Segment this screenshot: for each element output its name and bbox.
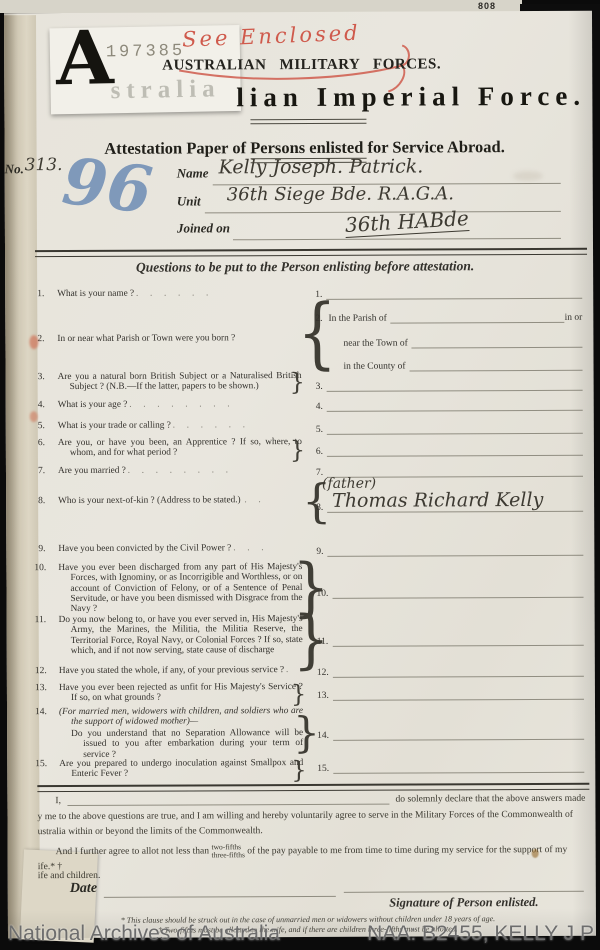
underlying-page-edge — [4, 15, 40, 938]
date-field-line — [104, 884, 336, 898]
allotment-fraction: two-fifthsthree-fifths — [211, 843, 244, 859]
blue-pencil-number: 96 — [59, 144, 156, 229]
question-text: Have you been convicted by the Civil Pow… — [58, 543, 308, 554]
corner-page-number: 808 — [478, 1, 496, 11]
questions-section-title: Questions to be put to the Person enlist… — [65, 258, 545, 276]
question-text: Have you ever been rejected as unfit for… — [59, 682, 303, 704]
right-brace: } — [291, 758, 306, 782]
question-number: 14. — [35, 707, 47, 717]
imperial-force-title: lian Imperial Force. — [236, 81, 586, 114]
question-text: Have you ever been discharged from any p… — [58, 562, 302, 615]
joined-on-label: Joined on — [177, 220, 230, 236]
next-of-kin-value-handwriting: Thomas Richard Kelly — [332, 489, 543, 512]
attestation-paper: A 197385 stralia See Enclosed AUSTRALIAN… — [4, 11, 596, 939]
answer-line: 10. — [316, 585, 583, 599]
date-label: Date — [70, 881, 97, 897]
naa-watermark-left: National Archives of Australia — [8, 922, 280, 946]
question-text: In or near what Parish or Town were you … — [57, 333, 307, 344]
question-number: 2. — [37, 334, 44, 344]
answer-line: 15. — [317, 760, 584, 774]
answer-line: 3. — [316, 378, 583, 392]
question-text: What is your name ? . . . . . . — [57, 288, 307, 299]
question-number: 6. — [38, 438, 45, 448]
question-number: 7. — [38, 466, 45, 476]
question-number: 13. — [35, 683, 47, 693]
answer-line: near the Town of — [343, 335, 582, 349]
question-number: 8. — [38, 496, 45, 506]
answer-line: 6. — [316, 443, 583, 457]
question-number: 15. — [35, 759, 47, 769]
question-text: Who is your next-of-kin ? (Address to be… — [58, 495, 308, 506]
question-number: 1. — [37, 289, 44, 299]
question-number: 3. — [38, 372, 45, 382]
name-label: Name — [177, 165, 209, 181]
question-text: Are you prepared to undergo inoculation … — [59, 758, 303, 780]
declarant-name-blank — [67, 793, 390, 806]
answer-line: 9. — [316, 543, 583, 557]
left-brace: { — [297, 294, 337, 372]
declaration-line2: y me to the above questions are true, an… — [37, 809, 585, 822]
signature-line — [344, 879, 584, 893]
naa-watermark-right: NAA: B2455, KELLY J P — [367, 922, 594, 946]
wife-children-clause-cut: ife and children. — [38, 870, 101, 881]
question-text: Do you understand that no Separation All… — [71, 728, 303, 760]
declaration-line1: I, do solemnly declare that the above an… — [39, 792, 585, 806]
question-number: 4. — [38, 400, 45, 410]
unit-label: Unit — [177, 193, 201, 209]
question-text: Are you married ? . . . . . . . . — [58, 465, 308, 476]
answer-line: 13. — [317, 687, 584, 701]
right-brace: } — [291, 682, 306, 706]
section-divider — [37, 783, 589, 792]
signature-caption: Signature of Person enlisted. — [344, 895, 584, 911]
question-intro-italic: (For married men, widowers with children… — [59, 706, 303, 728]
answer-line: 12. — [317, 664, 584, 678]
right-brace: } — [290, 438, 305, 462]
forces-title: AUSTRALIAN MILITARY FORCES. — [162, 56, 441, 74]
question-number: 5. — [38, 421, 45, 431]
question-number: 11. — [35, 615, 47, 625]
question-text: What is your trade or calling ? . . . . … — [58, 420, 308, 431]
answer-line: 5. — [316, 421, 583, 435]
answer-line: 4. — [316, 398, 583, 412]
question-number: 12. — [35, 666, 47, 676]
name-value-handwriting: Kelly Joseph. Patrick. — [219, 155, 424, 178]
question-text: Are you a natural born British Subject o… — [58, 371, 302, 393]
answer-line: in the County of — [343, 358, 582, 372]
declaration-line3: ustralia within or beyond the limits of … — [38, 824, 586, 837]
allotment-line: And I further agree to allot not less th… — [38, 842, 586, 860]
answer-line: 11. — [317, 633, 584, 647]
unit-value-handwriting: 36th Siege Bde. R.A.G.A. — [227, 183, 454, 205]
right-brace: } — [290, 370, 305, 394]
answer-line: 2.In the Parish ofin or — [315, 310, 582, 324]
answer-line: 14. — [317, 727, 584, 741]
divider-double-rule — [250, 119, 366, 125]
question-text: Have you stated the whole, if any, of yo… — [59, 665, 309, 676]
section-divider — [35, 248, 587, 257]
question-number: 10. — [34, 563, 46, 573]
question-number: 9. — [38, 544, 45, 554]
document-scan: 808 A 197385 stralia See Enclosed AUSTRA… — [0, 0, 600, 950]
no-label: No. — [5, 161, 24, 177]
answer-line: 1. — [315, 286, 582, 300]
question-text: Are you, or have you been, an Apprentice… — [58, 437, 302, 459]
no-value-handwriting: 313. — [25, 155, 63, 175]
question-text: What is your age ? . . . . . . . . — [58, 399, 308, 410]
right-brace: } — [293, 712, 320, 754]
question-text: Do you now belong to, or have you ever s… — [59, 614, 303, 656]
